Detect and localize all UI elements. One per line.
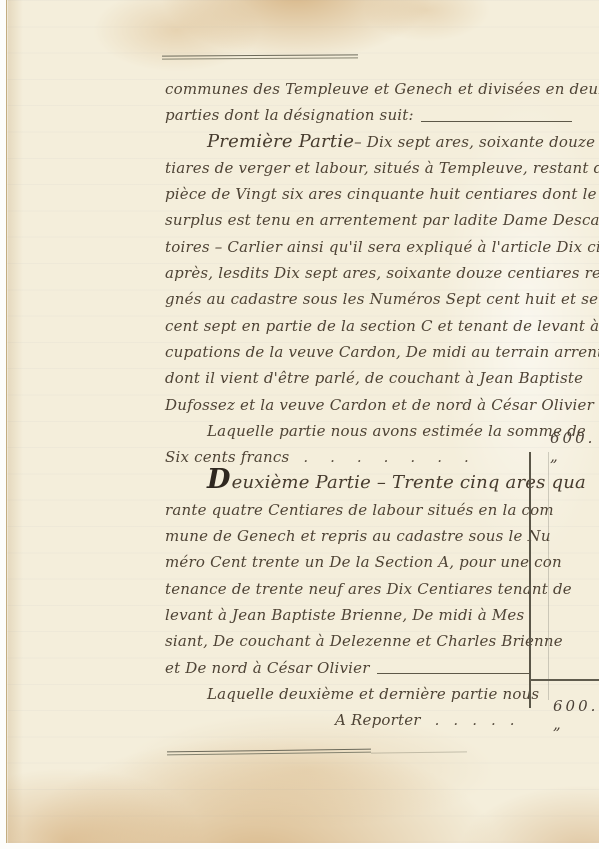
line-text: et De nord à César Olivier xyxy=(165,655,370,681)
text-line: mune de Genech et repris au cadastre sou… xyxy=(165,523,572,549)
dot-leader: ....... xyxy=(303,444,490,470)
line-text: siant, De couchant à Delezenne et Charle… xyxy=(165,628,563,654)
text-line: cent sept en partie de la section C et t… xyxy=(165,313,572,339)
line-text: A Reporter xyxy=(335,707,421,733)
line-text: dont il vient d'être parlé, de couchant … xyxy=(165,365,583,391)
line-text: toires – Carlier ainsi qu'il sera expliq… xyxy=(165,234,599,260)
text-line: rante quatre Centiares de labour situés … xyxy=(165,497,572,523)
section-heading: Première Partie xyxy=(207,129,354,155)
amount-column-rule xyxy=(529,452,531,708)
section-heading: euxième Partie – Trente cinq ares qua xyxy=(232,470,586,496)
text-line: levant à Jean Baptiste Brienne, De midi … xyxy=(165,602,572,628)
text-line: toires – Carlier ainsi qu'il sera expliq… xyxy=(165,234,572,260)
text-line: surplus est tenu en arrentement par ladi… xyxy=(165,207,572,233)
text-line: méro Cent trente un De la Section A, pou… xyxy=(165,549,572,575)
text-line: siant, De couchant à Delezenne et Charle… xyxy=(165,628,572,654)
amount-column-rule-faint xyxy=(548,452,549,700)
trailing-ink-rule xyxy=(421,121,572,122)
line-text: surplus est tenu en arrentement par ladi… xyxy=(165,207,599,233)
line-text: – Dix sept ares, soixante douze cen xyxy=(354,129,599,155)
amount-separator-rule xyxy=(530,679,599,681)
amount-first-part: 600. „ xyxy=(550,429,599,465)
line-text: tiares de verger et labour, situés à Tem… xyxy=(165,155,599,181)
text-line: Laquelle partie nous avons estimée la so… xyxy=(165,418,572,444)
line-text: mune de Genech et repris au cadastre sou… xyxy=(165,523,551,549)
line-text: Laquelle deuxième et dernière partie nou… xyxy=(207,681,539,707)
text-line-premiere-partie: Première Partie – Dix sept ares, soixant… xyxy=(165,129,572,155)
bottom-separator-rule xyxy=(167,749,371,756)
handwritten-text-block: communes des Templeuve et Genech et divi… xyxy=(165,76,572,733)
line-text: pièce de Vingt six ares cinquante huit c… xyxy=(165,181,597,207)
text-line: et De nord à César Olivier xyxy=(165,655,530,681)
line-text: gnés au cadastre sous les Numéros Sept c… xyxy=(165,286,599,312)
text-line: pièce de Vingt six ares cinquante huit c… xyxy=(165,181,572,207)
line-text: après, lesdits Dix sept ares, soixante d… xyxy=(165,260,599,286)
text-line-deuxieme-partie: Deuxième Partie – Trente cinq ares qua xyxy=(165,470,572,496)
text-line: Laquelle deuxième et dernière partie nou… xyxy=(165,681,572,707)
line-text: levant à Jean Baptiste Brienne, De midi … xyxy=(165,602,524,628)
text-line: dont il vient d'être parlé, de couchant … xyxy=(165,365,572,391)
text-line: cupations de la veuve Cardon, De midi au… xyxy=(165,339,572,365)
text-line-reporter: A Reporter..... xyxy=(165,707,572,733)
dot-leader: ..... xyxy=(435,707,529,733)
amount-reporter: 600. „ xyxy=(553,697,599,733)
manuscript-page: communes des Templeuve et Genech et divi… xyxy=(6,0,599,843)
line-text: tenance de trente neuf ares Dix Centiare… xyxy=(165,576,572,602)
bottom-separator-rule-faint xyxy=(371,751,467,754)
line-text: cupations de la veuve Cardon, De midi au… xyxy=(165,339,599,365)
text-line: communes des Templeuve et Genech et divi… xyxy=(165,76,572,102)
line-text: communes des Templeuve et Genech et divi… xyxy=(165,76,599,102)
text-line: tiares de verger et labour, situés à Tem… xyxy=(165,155,572,181)
text-line: gnés au cadastre sous les Numéros Sept c… xyxy=(165,286,572,312)
text-line: après, lesdits Dix sept ares, soixante d… xyxy=(165,260,572,286)
text-line: tenance de trente neuf ares Dix Centiare… xyxy=(165,576,572,602)
trailing-ink-rule xyxy=(377,673,530,674)
line-text: cent sept en partie de la section C et t… xyxy=(165,313,599,339)
text-line: Dufossez et la veuve Cardon et de nord à… xyxy=(165,392,572,418)
line-text: méro Cent trente un De la Section A, pou… xyxy=(165,549,562,575)
text-line: parties dont la désignation suit: xyxy=(165,102,572,128)
line-text: Dufossez et la veuve Cardon et de nord à… xyxy=(165,392,594,418)
line-text: rante quatre Centiares de labour situés … xyxy=(165,497,554,523)
line-text: Laquelle partie nous avons estimée la so… xyxy=(207,418,586,444)
top-separator-rule xyxy=(162,54,358,59)
scanned-document: communes des Templeuve et Genech et divi… xyxy=(0,0,599,849)
line-text: parties dont la désignation suit: xyxy=(165,102,414,128)
